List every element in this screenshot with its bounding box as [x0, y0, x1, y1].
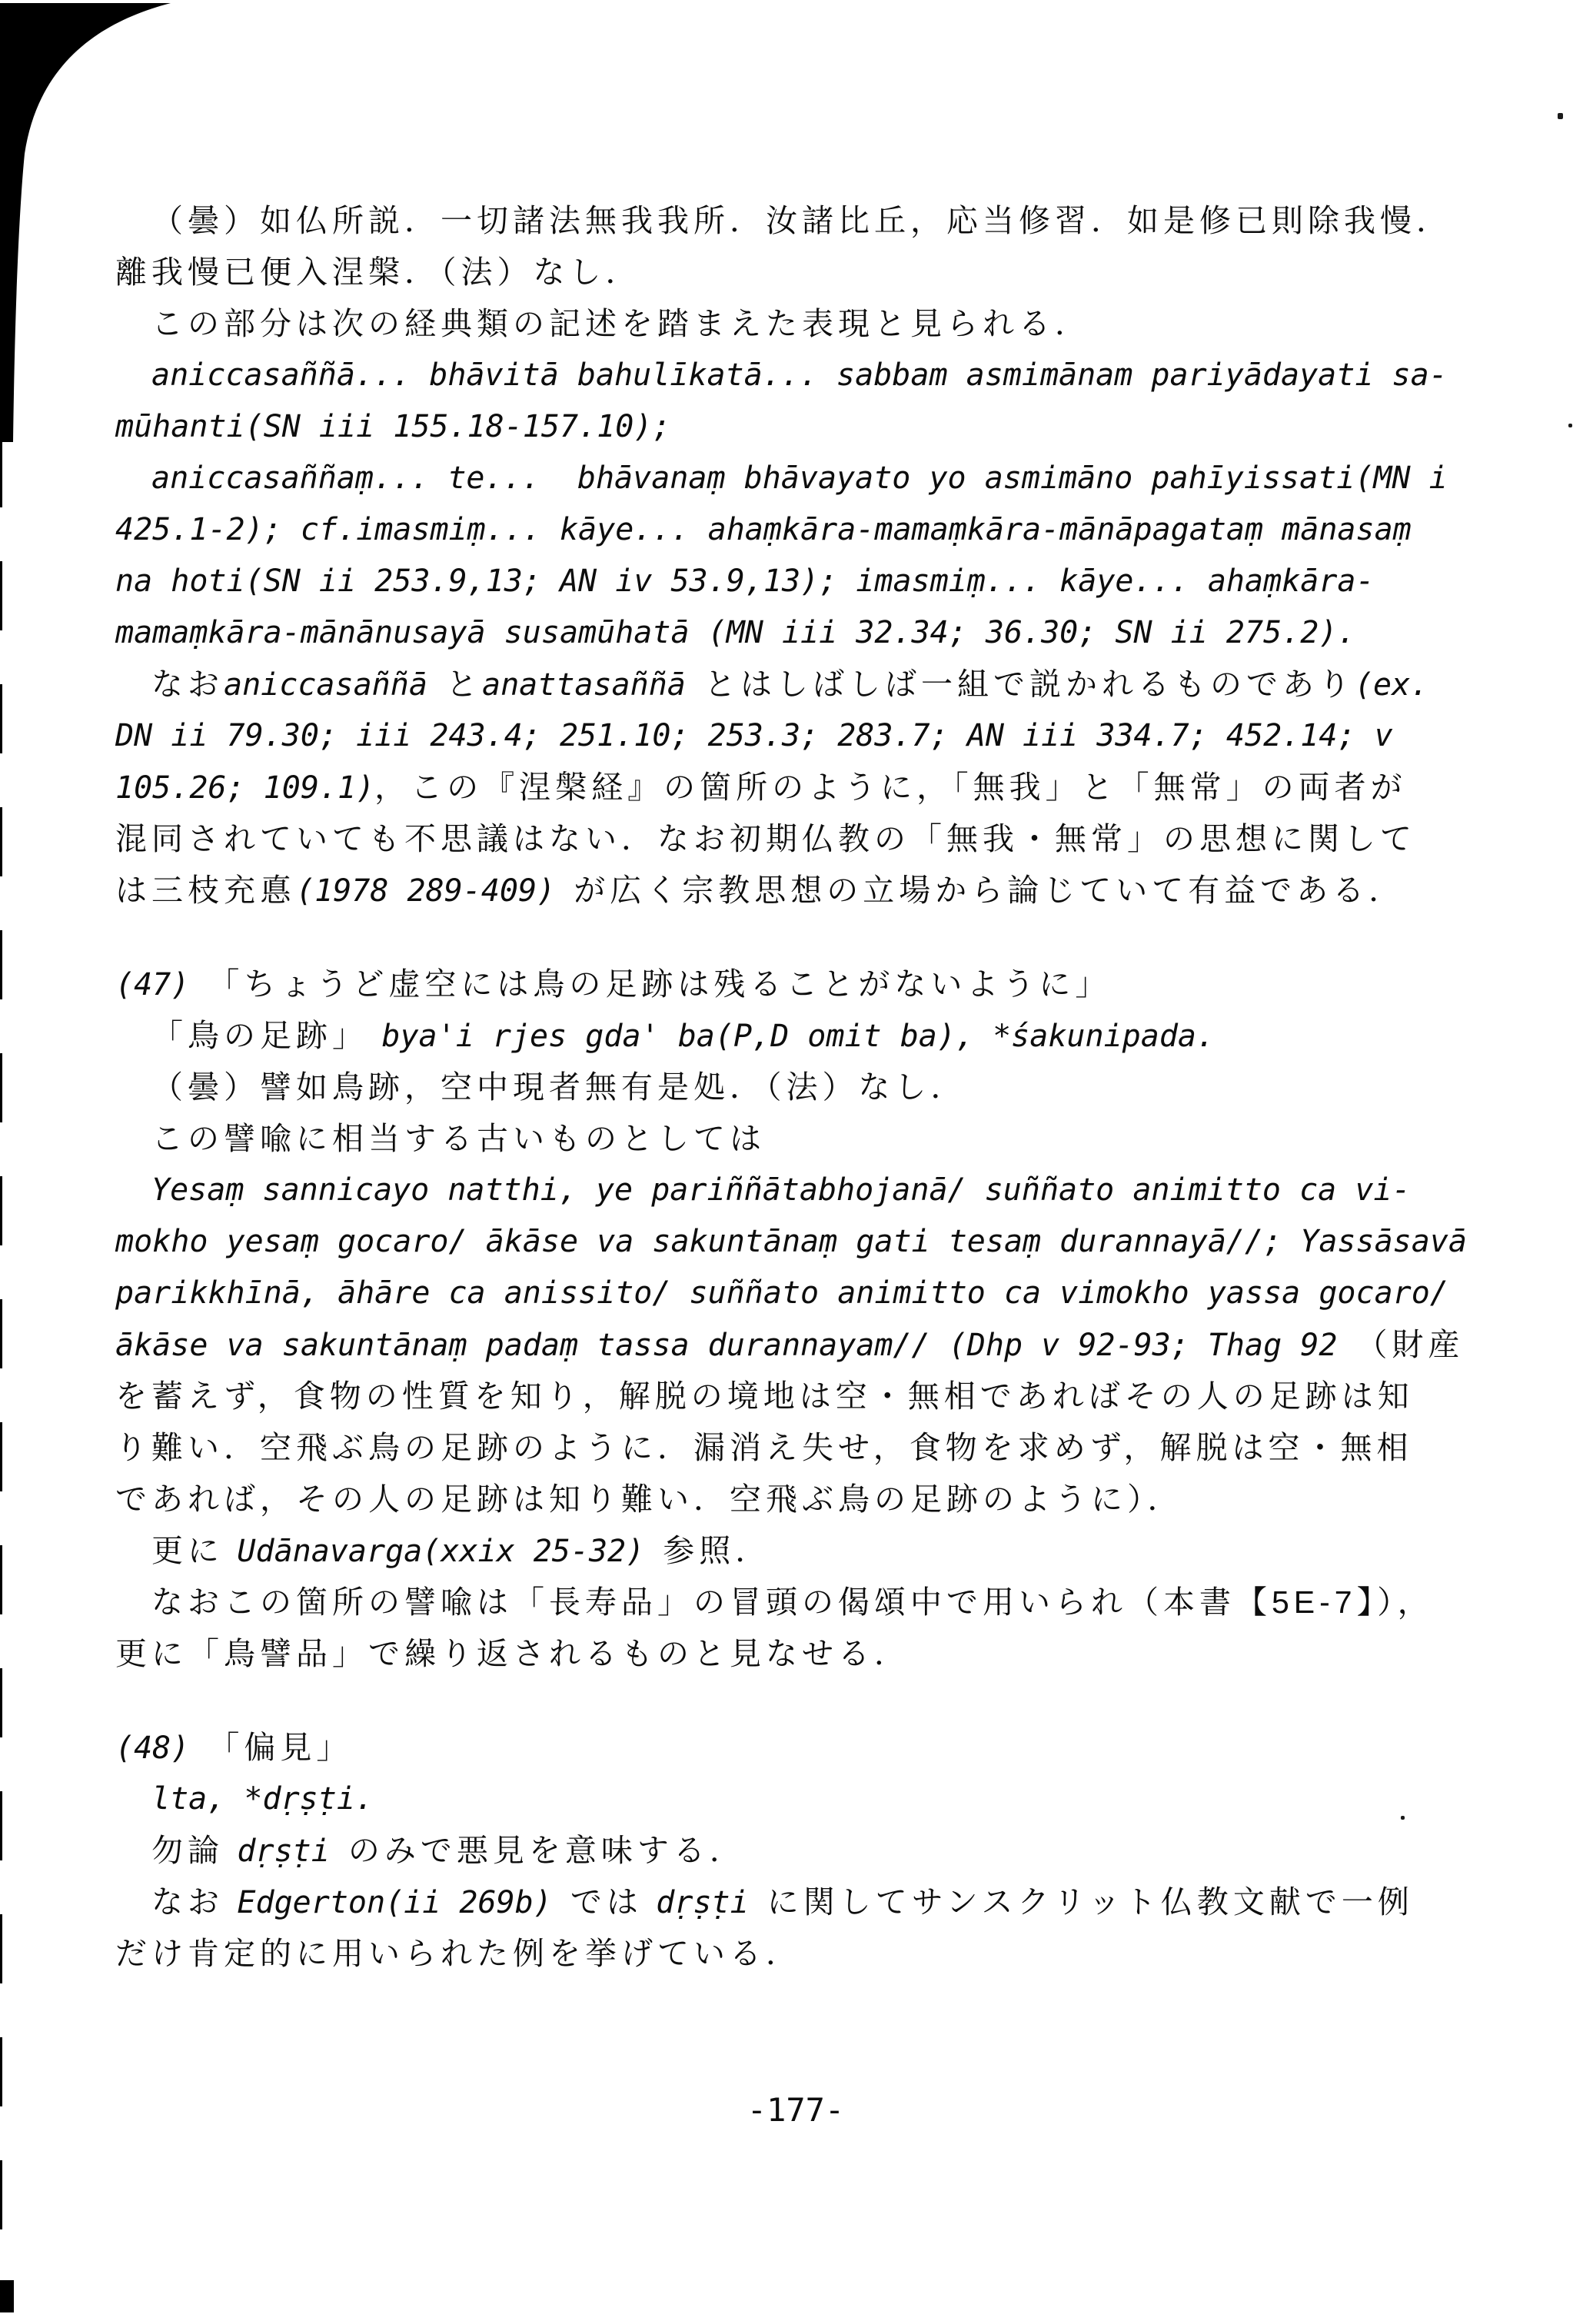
- text-segment: mamaṃkāra-mānānusayā susamūhatā (MN iii …: [115, 615, 1356, 650]
- text-line: lta, *dṛṣṭi.: [115, 1774, 1492, 1825]
- bottom-left-scan-artifact: [0, 2280, 14, 2312]
- text-segment: (ex.: [1355, 667, 1428, 703]
- text-line: mamaṃkāra-mānānusayā susamūhatā (MN iii …: [115, 607, 1492, 659]
- text-segment: Edgerton(ii 269b): [237, 1885, 570, 1920]
- text-segment: 425.1-2); cf.imasmiṃ... kāye... ahaṃkāra…: [115, 512, 1412, 547]
- speck-artifact: [1568, 424, 1572, 427]
- text-segment: と: [446, 667, 482, 702]
- text-segment: (48): [115, 1731, 208, 1766]
- page-number: -177-: [115, 2091, 1476, 2129]
- text-segment: lta, *dṛṣṭi.: [151, 1781, 374, 1817]
- text-segment: na hoti(SN ii 253.9,13; AN iv 53.9,13); …: [115, 564, 1375, 599]
- text-segment: この部分は次の経典類の記述を踏まえた表現と見られる．: [151, 306, 1091, 341]
- text-line: DN ii 79.30; iii 243.4; 251.10; 253.3; 2…: [115, 710, 1492, 762]
- text-segment: 混同されていても不思議はない．なお初期仏教の「無我・無常」の思想に関して: [115, 821, 1416, 856]
- text-segment: であれば，その人の足跡は知り難い．空飛ぶ鳥の足跡のように）．: [115, 1481, 1184, 1517]
- text-line: aniccasaññaṃ... te... bhāvanaṃ bhāvayato…: [115, 453, 1492, 504]
- text-line: ākāse va sakuntānaṃ padaṃ tassa durannay…: [115, 1319, 1492, 1371]
- text-line: この譬喩に相当する古いものとしては: [115, 1113, 1492, 1165]
- text-segment: なお: [151, 1884, 237, 1920]
- text-line: この部分は次の経典類の記述を踏まえた表現と見られる．: [115, 298, 1492, 350]
- text-line: 425.1-2); cf.imasmiṃ... kāye... ahaṃkāra…: [115, 504, 1492, 556]
- text-segment: dṛṣṭi: [237, 1834, 348, 1869]
- text-segment: ākāse va sakuntānaṃ padaṃ tassa durannay…: [115, 1328, 1356, 1363]
- text-line: (47) 「ちょうど虚空には鳥の足跡は残ることがないように」: [115, 959, 1492, 1010]
- text-segment: aniccasaññā: [224, 667, 446, 703]
- text-line: （曇）譬如鳥跡，空中現者無有是処．（法）なし．: [115, 1062, 1492, 1113]
- text-line: を蓄えず，食物の性質を知り，解脱の境地は空・無相であればその人の足跡は知: [115, 1371, 1492, 1422]
- text-segment: り難い．空飛ぶ鳥の足跡のように．漏消え失せ，食物を求めず，解脱は空・無相: [115, 1430, 1413, 1465]
- text-segment: とはしばしば一組で説かれるものであり: [704, 667, 1355, 702]
- text-segment: 「ちょうど虚空には鳥の足跡は残ることがないように」: [208, 966, 1111, 1002]
- text-segment: 更に: [151, 1533, 237, 1568]
- text-segment: aniccasaññaṃ... te... bhāvanaṃ bhāvayato…: [151, 460, 1448, 496]
- text-segment: （財産: [1356, 1327, 1465, 1362]
- text-line: parikkhīnā, āhāre ca anissito/ suññato a…: [115, 1268, 1492, 1319]
- text-line: na hoti(SN ii 253.9,13; AN iv 53.9,13); …: [115, 556, 1492, 607]
- text-segment: 更に「鳥譬品」で繰り返されるものと見なせる．: [115, 1636, 910, 1671]
- text-segment: 参照．: [663, 1533, 771, 1568]
- text-block: （曇）如仏所説．一切諸法無我我所．汝諸比丘，応当修習．如是修已則除我慢．離我慢已…: [115, 195, 1492, 1980]
- text-segment: anattasaññā: [482, 667, 704, 703]
- text-segment: では: [570, 1884, 656, 1920]
- page: （曇）如仏所説．一切諸法無我我所．汝諸比丘，応当修習．如是修已則除我慢．離我慢已…: [0, 0, 1583, 2324]
- text-line: だけ肯定的に用いられた例を挙げている．: [115, 1928, 1492, 1980]
- text-segment: 勿論: [151, 1833, 237, 1868]
- text-line: なお Edgerton(ii 269b) では dṛṣṭi に関してサンスクリッ…: [115, 1877, 1492, 1928]
- text-segment: この譬喩に相当する古いものとしては: [151, 1121, 766, 1156]
- text-segment: だけ肯定的に用いられた例を挙げている．: [115, 1936, 802, 1971]
- text-line: 105.26; 109.1)，この『涅槃経』の箇所のように，「無我」と「無常」の…: [115, 762, 1492, 813]
- text-line: (48) 「偏見」: [115, 1722, 1492, 1774]
- text-line: なおaniccasaññā とanattasaññā とはしばしば一組で説かれる…: [115, 659, 1492, 710]
- text-line: mokho yesaṃ gocaro/ ākāse va sakuntānaṃ …: [115, 1216, 1492, 1268]
- text-segment: Yesaṃ sannicayo natthi, ye pariññātabhoj…: [151, 1172, 1411, 1208]
- text-segment: 105.26; 109.1): [115, 770, 374, 806]
- text-segment: (1978 289-409): [296, 873, 574, 909]
- text-line: であれば，その人の足跡は知り難い．空飛ぶ鳥の足跡のように）．: [115, 1474, 1492, 1525]
- text-segment: （曇）譬如鳥跡，空中現者無有是処．（法）なし．: [151, 1069, 967, 1105]
- text-segment: aniccasaññā... bhāvitā bahulīkatā... sab…: [151, 357, 1448, 393]
- text-segment: Udānavarga(xxix 25-32): [237, 1534, 663, 1569]
- text-segment: mūhanti(SN iii 155.18-157.10);: [115, 409, 670, 444]
- text-segment: parikkhīnā, āhāre ca anissito/ suññato a…: [115, 1275, 1448, 1311]
- text-line: り難い．空飛ぶ鳥の足跡のように．漏消え失せ，食物を求めず，解脱は空・無相: [115, 1422, 1492, 1474]
- text-line: mūhanti(SN iii 155.18-157.10);: [115, 401, 1492, 453]
- speck-artifact: [1558, 113, 1563, 119]
- left-edge-scan-artifact: [0, 438, 2, 2299]
- text-segment: は三枝充悳: [115, 873, 296, 908]
- text-segment: 離我慢已便入涅槃．（法）なし．: [115, 254, 642, 290]
- text-line: なおこの箇所の譬喩は「長寿品」の冒頭の偈頌中で用いられ（本書【5E-7】），: [115, 1577, 1492, 1628]
- text-line: 「鳥の足跡」 bya'i rjes gda' ba(P,D omit ba), …: [115, 1010, 1492, 1062]
- text-segment: （曇）如仏所説．一切諸法無我我所．汝諸比丘，応当修習．如是修已則除我慢．: [151, 203, 1452, 238]
- text-line: 更に「鳥譬品」で繰り返されるものと見なせる．: [115, 1628, 1492, 1680]
- text-segment: bya'i rjes gda' ba(P,D omit ba), *śakuni…: [381, 1019, 1215, 1054]
- text-line: （曇）如仏所説．一切諸法無我我所．汝諸比丘，応当修習．如是修已則除我慢．: [115, 195, 1492, 247]
- text-segment: に関してサンスクリット仏教文献で一例: [767, 1884, 1414, 1920]
- text-segment: ，この『涅槃経』の箇所のように，「無我」と「無常」の両者が: [374, 770, 1407, 805]
- text-segment: を蓄えず，食物の性質を知り，解脱の境地は空・無相であればその人の足跡は知: [115, 1378, 1414, 1414]
- text-segment: dṛṣṭi: [656, 1885, 767, 1920]
- text-segment: のみで悪見を意味する．: [348, 1833, 746, 1868]
- text-segment: DN ii 79.30; iii 243.4; 251.10; 253.3; 2…: [115, 718, 1393, 753]
- text-line: 更に Udānavarga(xxix 25-32) 参照．: [115, 1525, 1492, 1577]
- text-segment: が広く宗教思想の立場から論じていて有益である．: [574, 873, 1405, 908]
- text-segment: なおこの箇所の譬喩は「長寿品」の冒頭の偈頌中で用いられ（本書【5E-7】），: [151, 1584, 1434, 1620]
- text-segment: mokho yesaṃ gocaro/ ākāse va sakuntānaṃ …: [115, 1224, 1467, 1259]
- text-segment: 「偏見」: [208, 1730, 352, 1765]
- text-line: 混同されていても不思議はない．なお初期仏教の「無我・無常」の思想に関して: [115, 813, 1492, 865]
- text-segment: なお: [151, 667, 224, 702]
- text-line: 離我慢已便入涅槃．（法）なし．: [115, 247, 1492, 298]
- text-line: Yesaṃ sannicayo natthi, ye pariññātabhoj…: [115, 1165, 1492, 1216]
- text-line: は三枝充悳(1978 289-409) が広く宗教思想の立場から論じていて有益で…: [115, 865, 1492, 916]
- text-segment: (47): [115, 967, 208, 1002]
- text-line: aniccasaññā... bhāvitā bahulīkatā... sab…: [115, 350, 1492, 401]
- text-line: 勿論 dṛṣṭi のみで悪見を意味する．: [115, 1825, 1492, 1877]
- text-segment: 「鳥の足跡」: [151, 1018, 381, 1053]
